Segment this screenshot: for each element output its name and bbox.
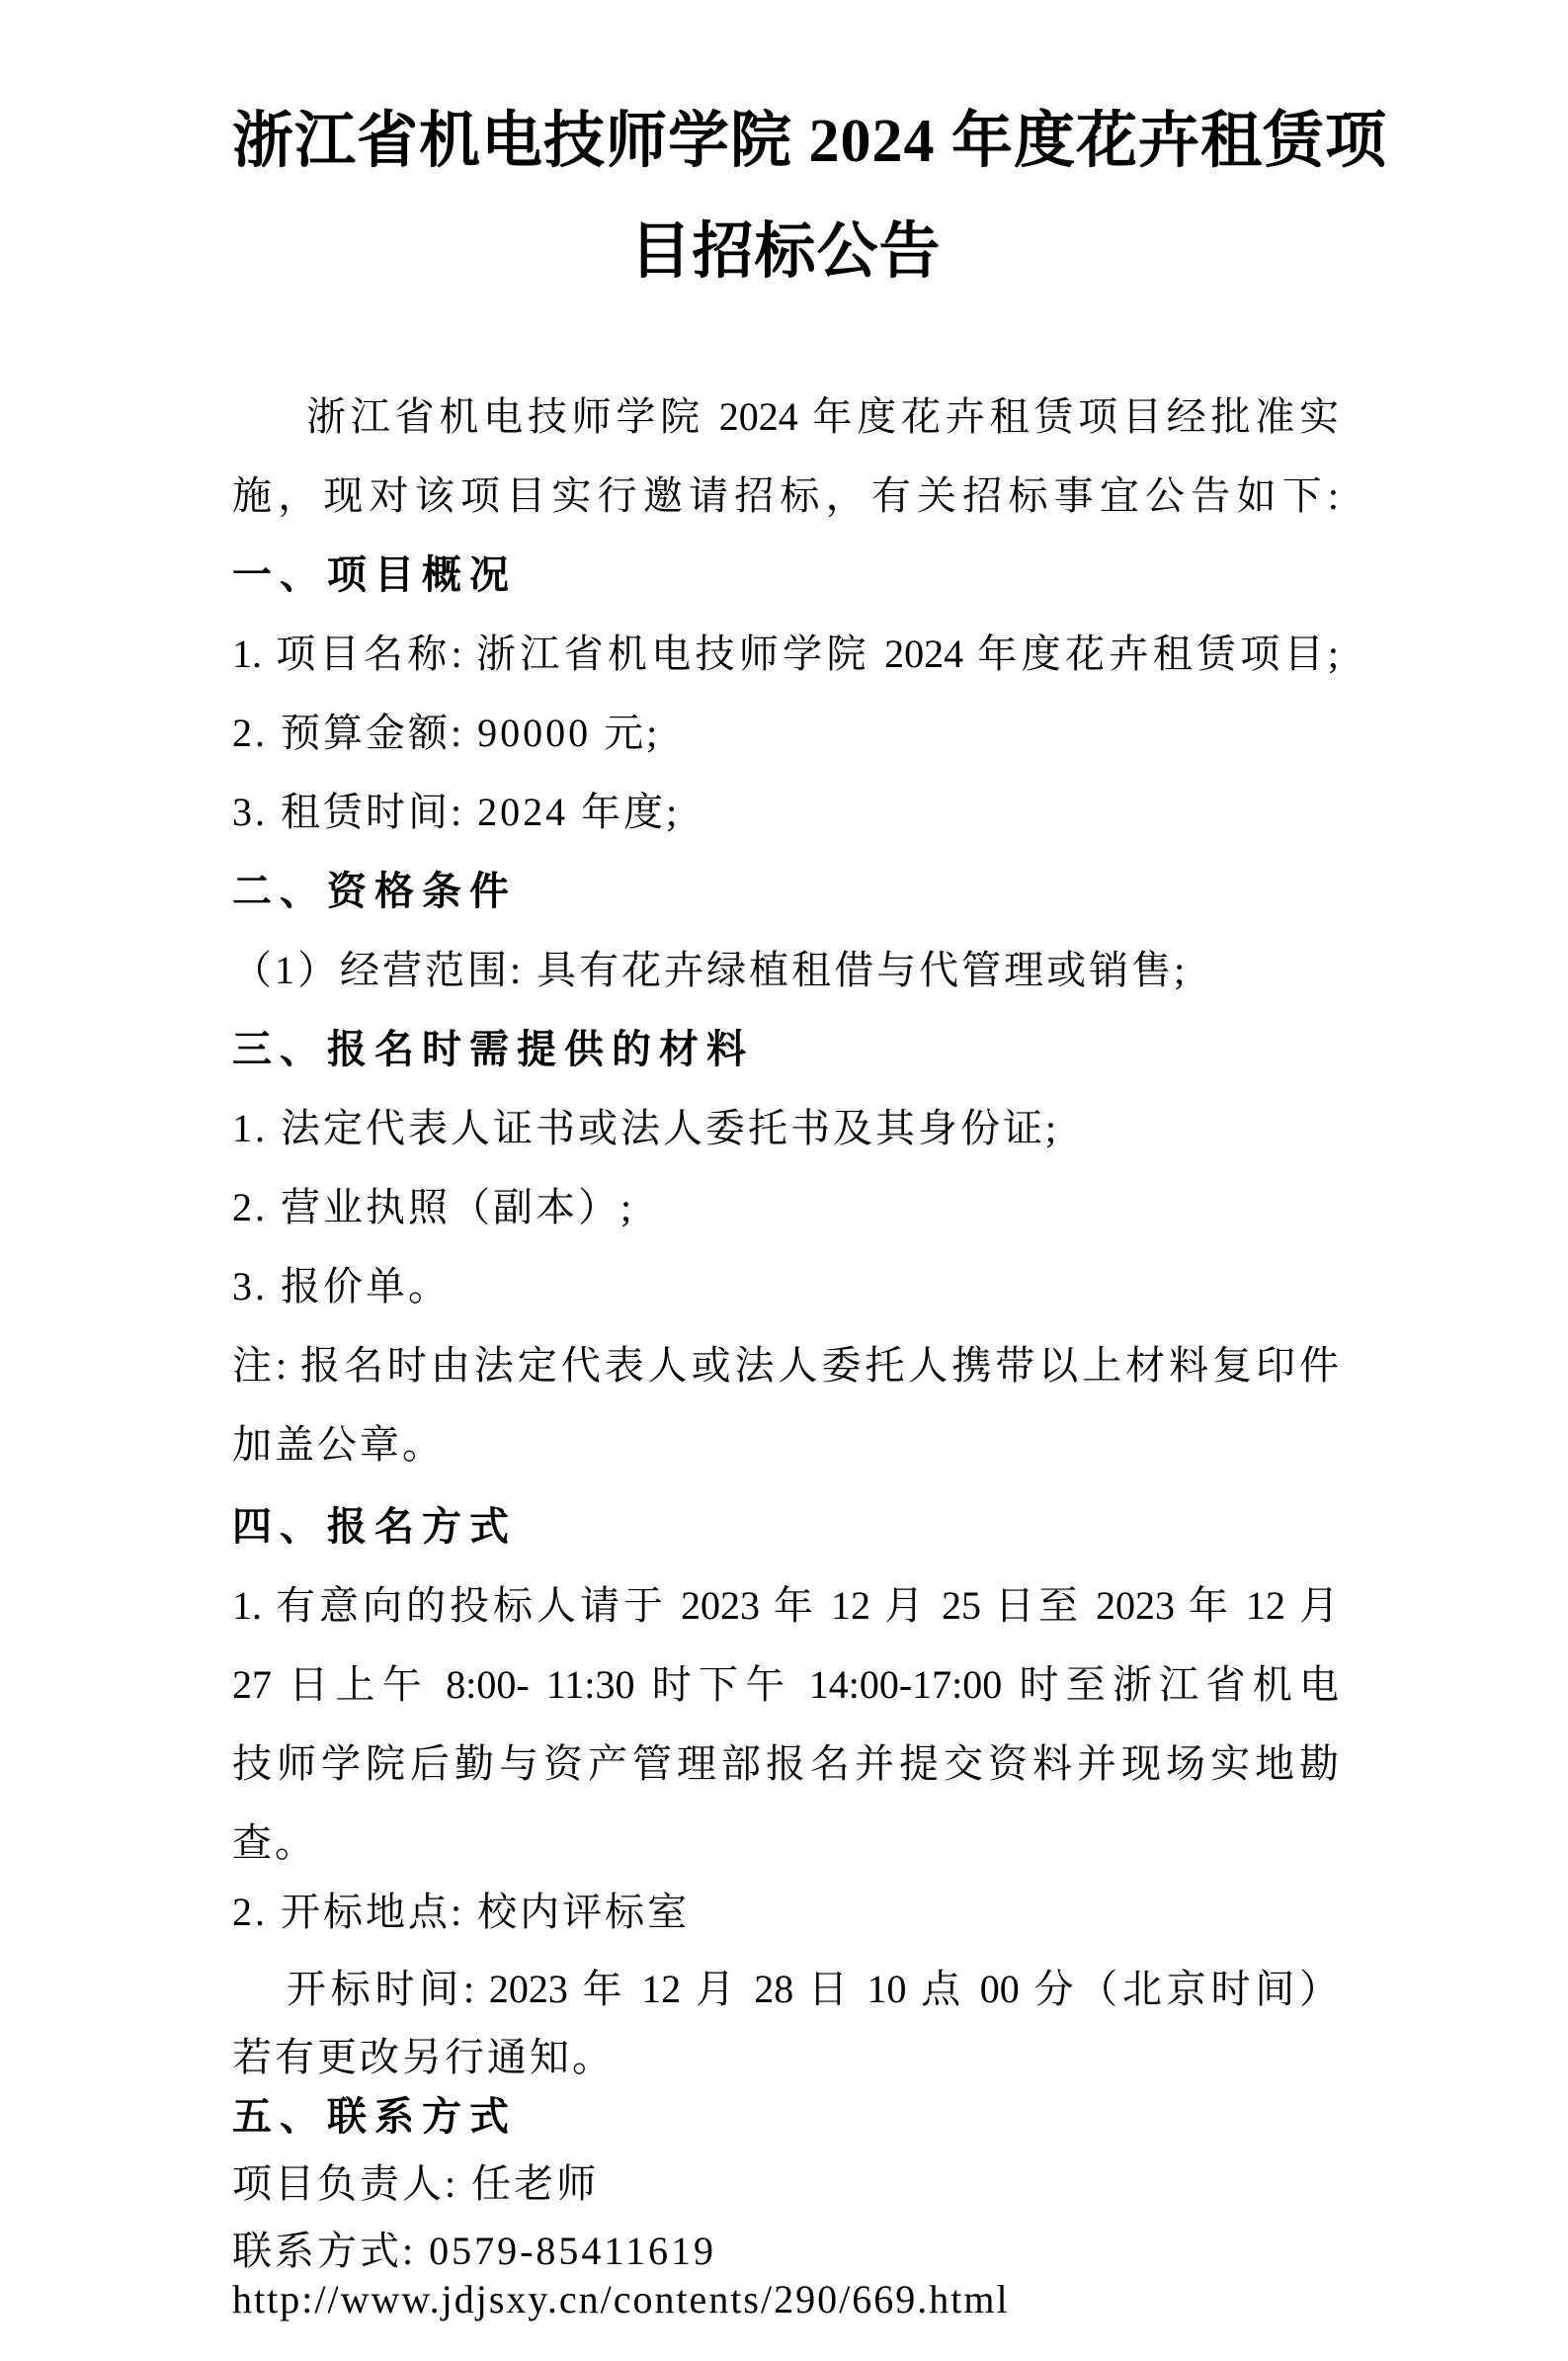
- item-project-contact: 项目负责人: 任老师: [232, 2152, 1339, 2209]
- para-registration-line-4: 查。: [232, 1812, 1339, 1868]
- item-business-license: 2. 营业执照（副本）;: [232, 1176, 1339, 1232]
- item-project-name: 1. 项目名称: 浙江省机电技师学院 2024 年度花卉租赁项目;: [232, 623, 1339, 679]
- item-quotation-sheet: 3. 报价单。: [232, 1255, 1339, 1311]
- para-registration-line-3: 技师学院后勤与资产管理部报名并提交资料并现场实地勘: [232, 1732, 1339, 1789]
- item-business-scope: （1）经营范围: 具有花卉绿植租借与代管理或销售;: [232, 939, 1339, 995]
- doc-title-line-1: 浙江省机电技师学院 2024 年度花卉租赁项: [232, 91, 1339, 179]
- note-seal-line-2: 加盖公章。: [232, 1413, 1339, 1470]
- doc-title-line-2: 目招标公告: [232, 202, 1339, 290]
- item-budget-amount: 2. 预算金额: 90000 元;: [232, 702, 1339, 758]
- note-change-notice: 若有更改另行通知。: [232, 2026, 1339, 2082]
- item-contact-phone: 联系方式: 0579-85411619: [232, 2220, 1339, 2276]
- item-announcement-url: http://www.jdjsxy.cn/contents/290/669.ht…: [232, 2276, 1339, 2322]
- heading-section-2: 二、资格条件: [232, 860, 1339, 916]
- item-lease-period: 3. 租赁时间: 2024 年度;: [232, 781, 1339, 837]
- para-intro-line-2: 施，现对该项目实行邀请招标，有关招标事宜公告如下:: [232, 464, 1339, 521]
- item-bid-opening-time: 开标时间: 2023 年 12 月 28 日 10 点 00 分（北京时间）: [232, 1958, 1339, 2014]
- heading-section-4: 四、报名方式: [232, 1495, 1339, 1552]
- heading-section-3: 三、报名时需提供的材料: [232, 1018, 1339, 1074]
- document-page: 浙江省机电技师学院 2024 年度花卉租赁项 目招标公告 浙江省机电技师学院 2…: [0, 0, 1568, 2361]
- para-registration-line-1: 1. 有意向的投标人请于 2023 年 12 月 25 日至 2023 年 12…: [232, 1574, 1339, 1631]
- para-intro-line-1: 浙江省机电技师学院 2024 年度花卉租赁项目经批准实: [232, 385, 1339, 442]
- para-registration-line-2: 27 日上午 8:00- 11:30 时下午 14:00-17:00 时至浙江省…: [232, 1653, 1339, 1710]
- item-legal-rep-certificate: 1. 法定代表人证书或法人委托书及其身份证;: [232, 1097, 1339, 1153]
- heading-section-1: 一、项目概况: [232, 544, 1339, 600]
- note-seal-line-1: 注: 报名时由法定代表人或法人委托人携带以上材料复印件: [232, 1334, 1339, 1391]
- heading-section-5: 五、联系方式: [232, 2085, 1339, 2142]
- item-bid-opening-location: 2. 开标地点: 校内评标室: [232, 1881, 1339, 1937]
